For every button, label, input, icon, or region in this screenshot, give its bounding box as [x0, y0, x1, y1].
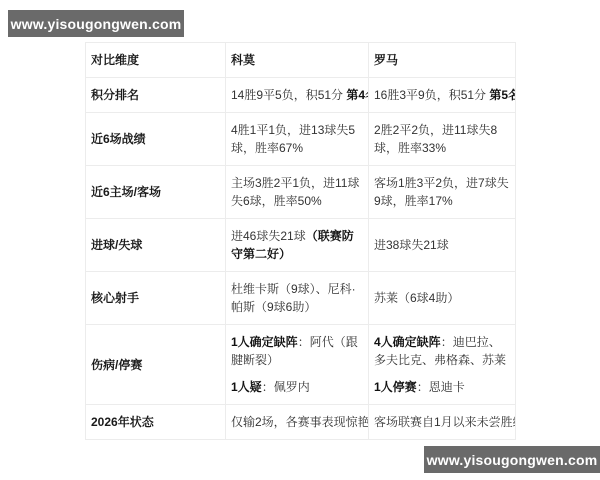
- roma-cell: 4人确定缺阵：迪巴拉、多夫比克、弗格森、苏莱1人停赛：恩迪卡: [369, 325, 516, 405]
- table-row: 近6场战绩4胜1平1负，进13球失5球，胜率67%2胜2平2负，进11球失8球，…: [86, 113, 516, 166]
- cell-text: 客场1胜3平2负，进7球失9球，胜率17%: [374, 174, 510, 210]
- watermark-bottom-banner: www.yisougongwen.com: [424, 446, 600, 473]
- como-cell: 4胜1平1负，进13球失5球，胜率67%: [226, 113, 369, 166]
- header-team-como: 科莫: [226, 43, 369, 78]
- como-cell: 主场3胜2平1负，进11球失6球，胜率50%: [226, 166, 369, 219]
- roma-cell: 2胜2平2负，进11球失8球，胜率33%: [369, 113, 516, 166]
- cell-text: 1人停赛：恩迪卡: [374, 378, 510, 396]
- table-row: 核心射手杜维卡斯（9球）、尼科·帕斯（9球6助）苏莱（6球4助）: [86, 272, 516, 325]
- cell-text: 苏莱（6球4助）: [374, 289, 510, 307]
- roma-cell: 进38球失21球: [369, 219, 516, 272]
- row-label: 积分排名: [86, 78, 226, 113]
- table-header-row: 对比维度 科莫 罗马: [86, 43, 516, 78]
- cell-text: 客场联赛自1月以来未尝胜绩: [374, 413, 510, 431]
- cell-text: 14胜9平5负，积51分 第4名: [231, 86, 363, 104]
- row-label: 近6场战绩: [86, 113, 226, 166]
- cell-text: 仅输2场，各赛事表现惊艳: [231, 413, 363, 431]
- row-label: 进球/失球: [86, 219, 226, 272]
- como-cell: 1人确定缺阵：阿代（跟腱断裂）1人疑：佩罗内: [226, 325, 369, 405]
- cell-text: 2胜2平2负，进11球失8球，胜率33%: [374, 121, 510, 157]
- como-cell: 仅输2场，各赛事表现惊艳: [226, 405, 369, 440]
- row-label: 近6主场/客场: [86, 166, 226, 219]
- comparison-table: 对比维度 科莫 罗马 积分排名14胜9平5负，积51分 第4名16胜3平9负，积…: [85, 42, 516, 440]
- row-label: 2026年状态: [86, 405, 226, 440]
- cell-text: 杜维卡斯（9球）、尼科·帕斯（9球6助）: [231, 280, 363, 316]
- roma-cell: 16胜3平9负，积51分 第5名: [369, 78, 516, 113]
- roma-cell: 客场联赛自1月以来未尝胜绩: [369, 405, 516, 440]
- table-row: 积分排名14胜9平5负，积51分 第4名16胜3平9负，积51分 第5名: [86, 78, 516, 113]
- watermark-top-banner: www.yisougongwen.com: [8, 10, 184, 37]
- table-row: 伤病/停赛1人确定缺阵：阿代（跟腱断裂）1人疑：佩罗内4人确定缺阵：迪巴拉、多夫…: [86, 325, 516, 405]
- como-cell: 14胜9平5负，积51分 第4名: [226, 78, 369, 113]
- row-label: 伤病/停赛: [86, 325, 226, 405]
- como-cell: 杜维卡斯（9球）、尼科·帕斯（9球6助）: [226, 272, 369, 325]
- cell-text: 4胜1平1负，进13球失5球，胜率67%: [231, 121, 363, 157]
- cell-text: 进38球失21球: [374, 236, 510, 254]
- header-team-roma: 罗马: [369, 43, 516, 78]
- table-row: 进球/失球进46球失21球（联赛防守第二好）进38球失21球: [86, 219, 516, 272]
- table-row: 2026年状态仅输2场，各赛事表现惊艳客场联赛自1月以来未尝胜绩: [86, 405, 516, 440]
- cell-text: 主场3胜2平1负，进11球失6球，胜率50%: [231, 174, 363, 210]
- cell-text: 4人确定缺阵：迪巴拉、多夫比克、弗格森、苏莱: [374, 333, 510, 369]
- cell-text: 1人确定缺阵：阿代（跟腱断裂）: [231, 333, 363, 369]
- como-cell: 进46球失21球（联赛防守第二好）: [226, 219, 369, 272]
- row-label: 核心射手: [86, 272, 226, 325]
- cell-text: 1人疑：佩罗内: [231, 378, 363, 396]
- roma-cell: 苏莱（6球4助）: [369, 272, 516, 325]
- table-row: 近6主场/客场主场3胜2平1负，进11球失6球，胜率50%客场1胜3平2负，进7…: [86, 166, 516, 219]
- cell-text: 16胜3平9负，积51分 第5名: [374, 86, 510, 104]
- header-dimension: 对比维度: [86, 43, 226, 78]
- roma-cell: 客场1胜3平2负，进7球失9球，胜率17%: [369, 166, 516, 219]
- cell-text: 进46球失21球（联赛防守第二好）: [231, 227, 363, 263]
